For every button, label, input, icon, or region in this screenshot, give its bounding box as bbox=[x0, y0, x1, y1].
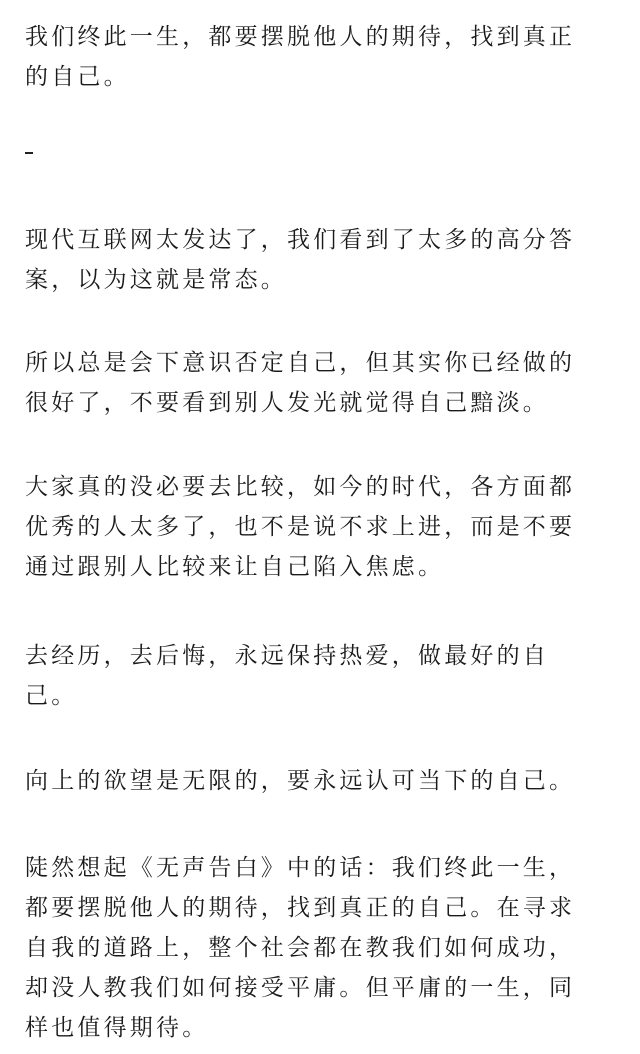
text-line: 所以总是会下意识否定自己，但其实你已经做的 bbox=[25, 348, 575, 378]
text-line: 己。 bbox=[25, 681, 77, 711]
text-line: 都要摆脱他人的期待，找到真正的自己。在寻求 bbox=[25, 893, 575, 923]
document-page: 我们终此一生，都要摆脱他人的期待，找到真正 的自己。 现代互联网太发达了，我们看… bbox=[0, 0, 640, 1054]
text-line: 我们终此一生，都要摆脱他人的期待，找到真正 bbox=[25, 22, 575, 52]
separator-dash bbox=[25, 152, 33, 154]
text-line: 自我的道路上，整个社会都在教我们如何成功， bbox=[25, 933, 575, 963]
text-line: 通过跟别人比较来让自己陷入焦虑。 bbox=[25, 552, 444, 582]
text-line: 样也值得期待。 bbox=[25, 1013, 208, 1043]
text-line: 去经历，去后悔，永远保持热爱，做最好的自 bbox=[25, 641, 549, 671]
text-line: 陡然想起《无声告白》中的话：我们终此一生， bbox=[25, 853, 575, 883]
text-line: 优秀的人太多了，也不是说不求上进，而是不要 bbox=[25, 512, 575, 542]
text-line: 向上的欲望是无限的，要永远认可当下的自己。 bbox=[25, 766, 575, 796]
text-line: 大家真的没必要去比较，如今的时代，各方面都 bbox=[25, 472, 575, 502]
text-line: 却没人教我们如何接受平庸。但平庸的一生，同 bbox=[25, 973, 575, 1003]
text-line: 的自己。 bbox=[25, 62, 130, 92]
text-line: 案，以为这就是常态。 bbox=[25, 265, 287, 295]
text-line: 现代互联网太发达了，我们看到了太多的高分答 bbox=[25, 225, 575, 255]
text-line: 很好了，不要看到别人发光就觉得自己黯淡。 bbox=[25, 388, 549, 418]
